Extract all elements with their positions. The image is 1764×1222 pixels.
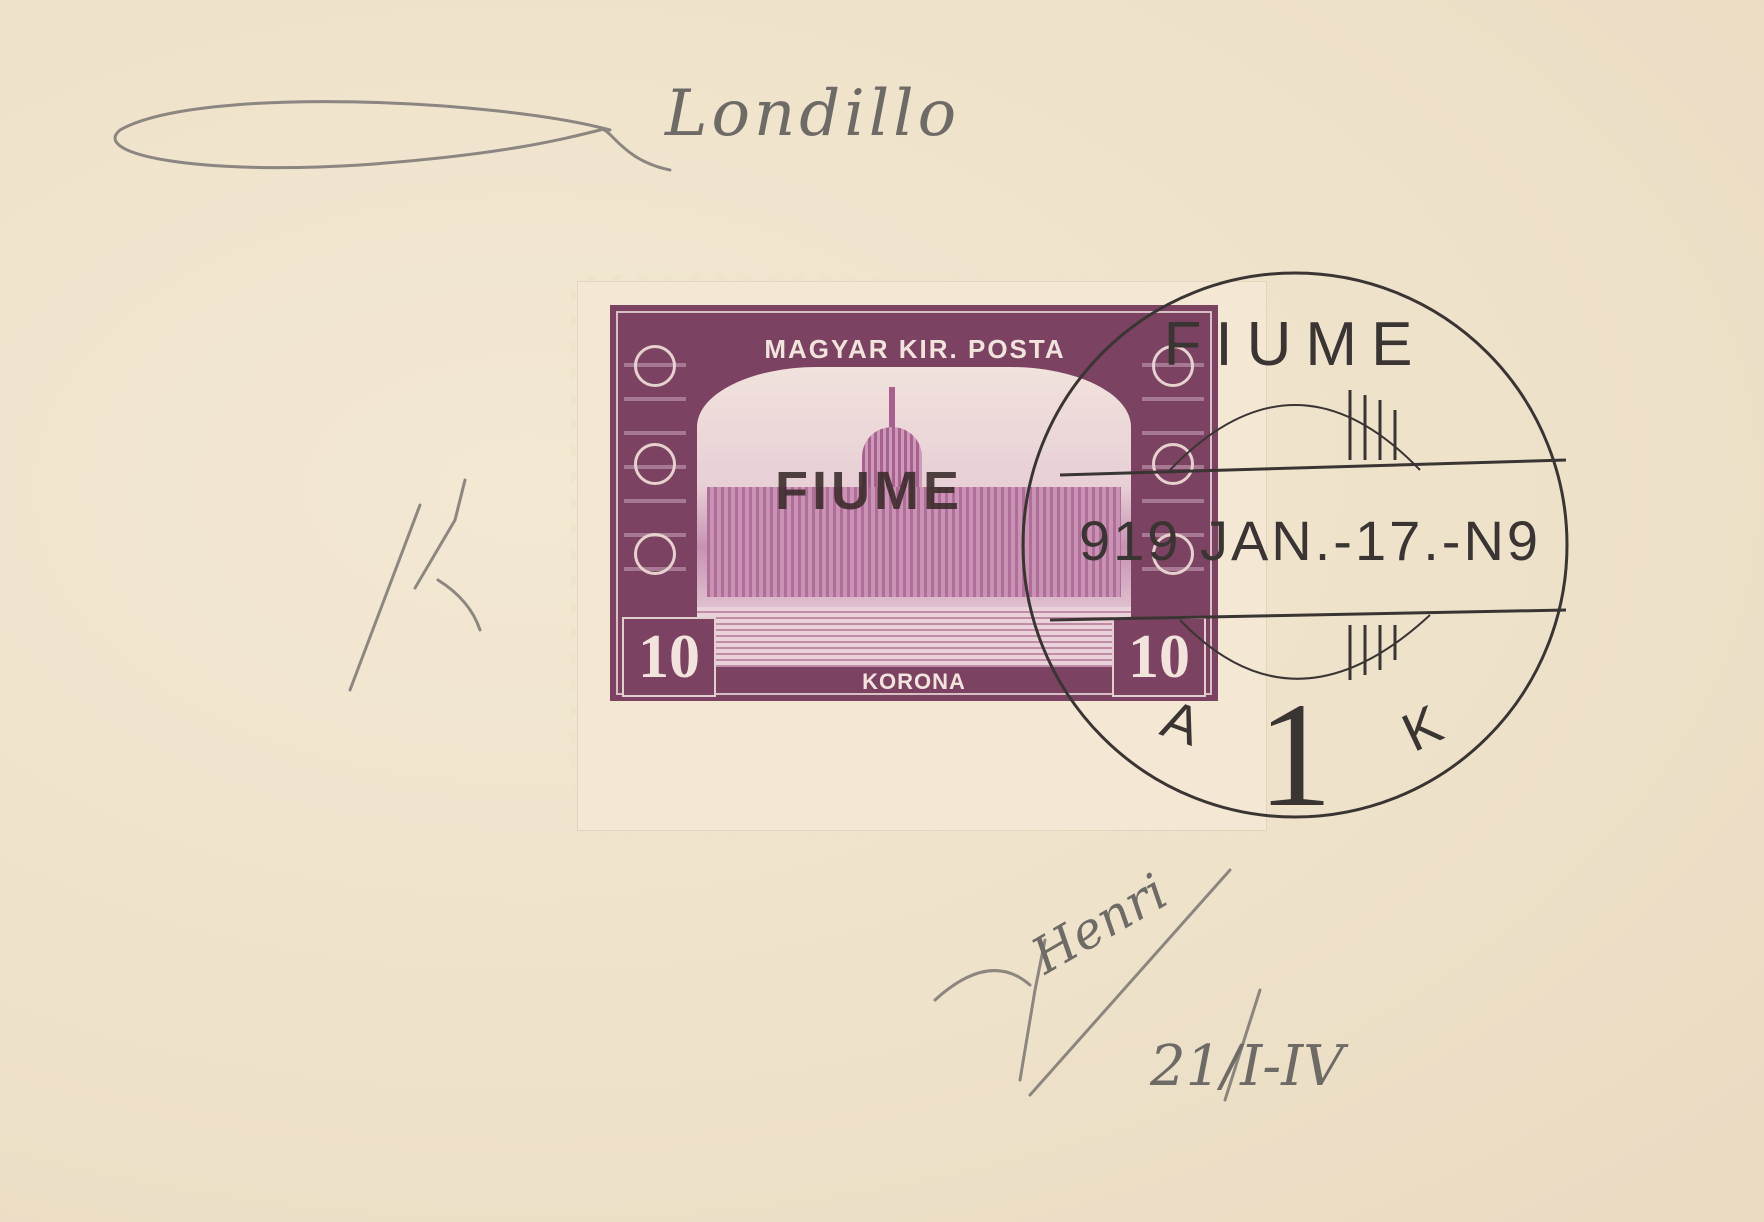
postmark-number: 1: [1258, 672, 1333, 820]
bottom-note: 21/I-IV: [1149, 1034, 1349, 1099]
postmark-letter-right: K: [1393, 694, 1451, 764]
bottom-signature-strokes: [935, 870, 1230, 1095]
bottom-signature: Henri: [1021, 863, 1177, 986]
stamp-value-left: 10: [622, 617, 716, 697]
crescent-ornament-icon: [1152, 345, 1194, 387]
crescent-ornament-icon: [1152, 533, 1194, 575]
stamp-perforations-left: [571, 282, 585, 830]
crescent-ornament-icon: [634, 345, 676, 387]
stamp-currency-text: KORONA: [810, 667, 1018, 697]
stamp-design: MAGYAR KIR. POSTA 10 10 KORONA FIUME: [610, 305, 1218, 701]
stamp-header-text: MAGYAR KIR. POSTA: [730, 331, 1100, 367]
initials-strokes: [350, 480, 480, 690]
stamp-overprint: FIUME: [775, 460, 963, 522]
top-signature: Londillo: [664, 77, 960, 151]
stamp-right-ornament-column: [1142, 333, 1204, 583]
parliament-spire: [889, 387, 895, 432]
stamp-perforations-top: [578, 275, 1266, 289]
signature-loop: [115, 102, 670, 170]
crescent-ornament-icon: [634, 443, 676, 485]
stamp-left-ornament-column: [624, 333, 686, 583]
crescent-ornament-icon: [634, 533, 676, 575]
fraction-slash: [1225, 990, 1260, 1100]
crescent-ornament-icon: [1152, 443, 1194, 485]
stamp-perforations-bottom: [578, 823, 1266, 837]
stamp-value-right: 10: [1112, 617, 1206, 697]
river-water: [697, 607, 1131, 667]
